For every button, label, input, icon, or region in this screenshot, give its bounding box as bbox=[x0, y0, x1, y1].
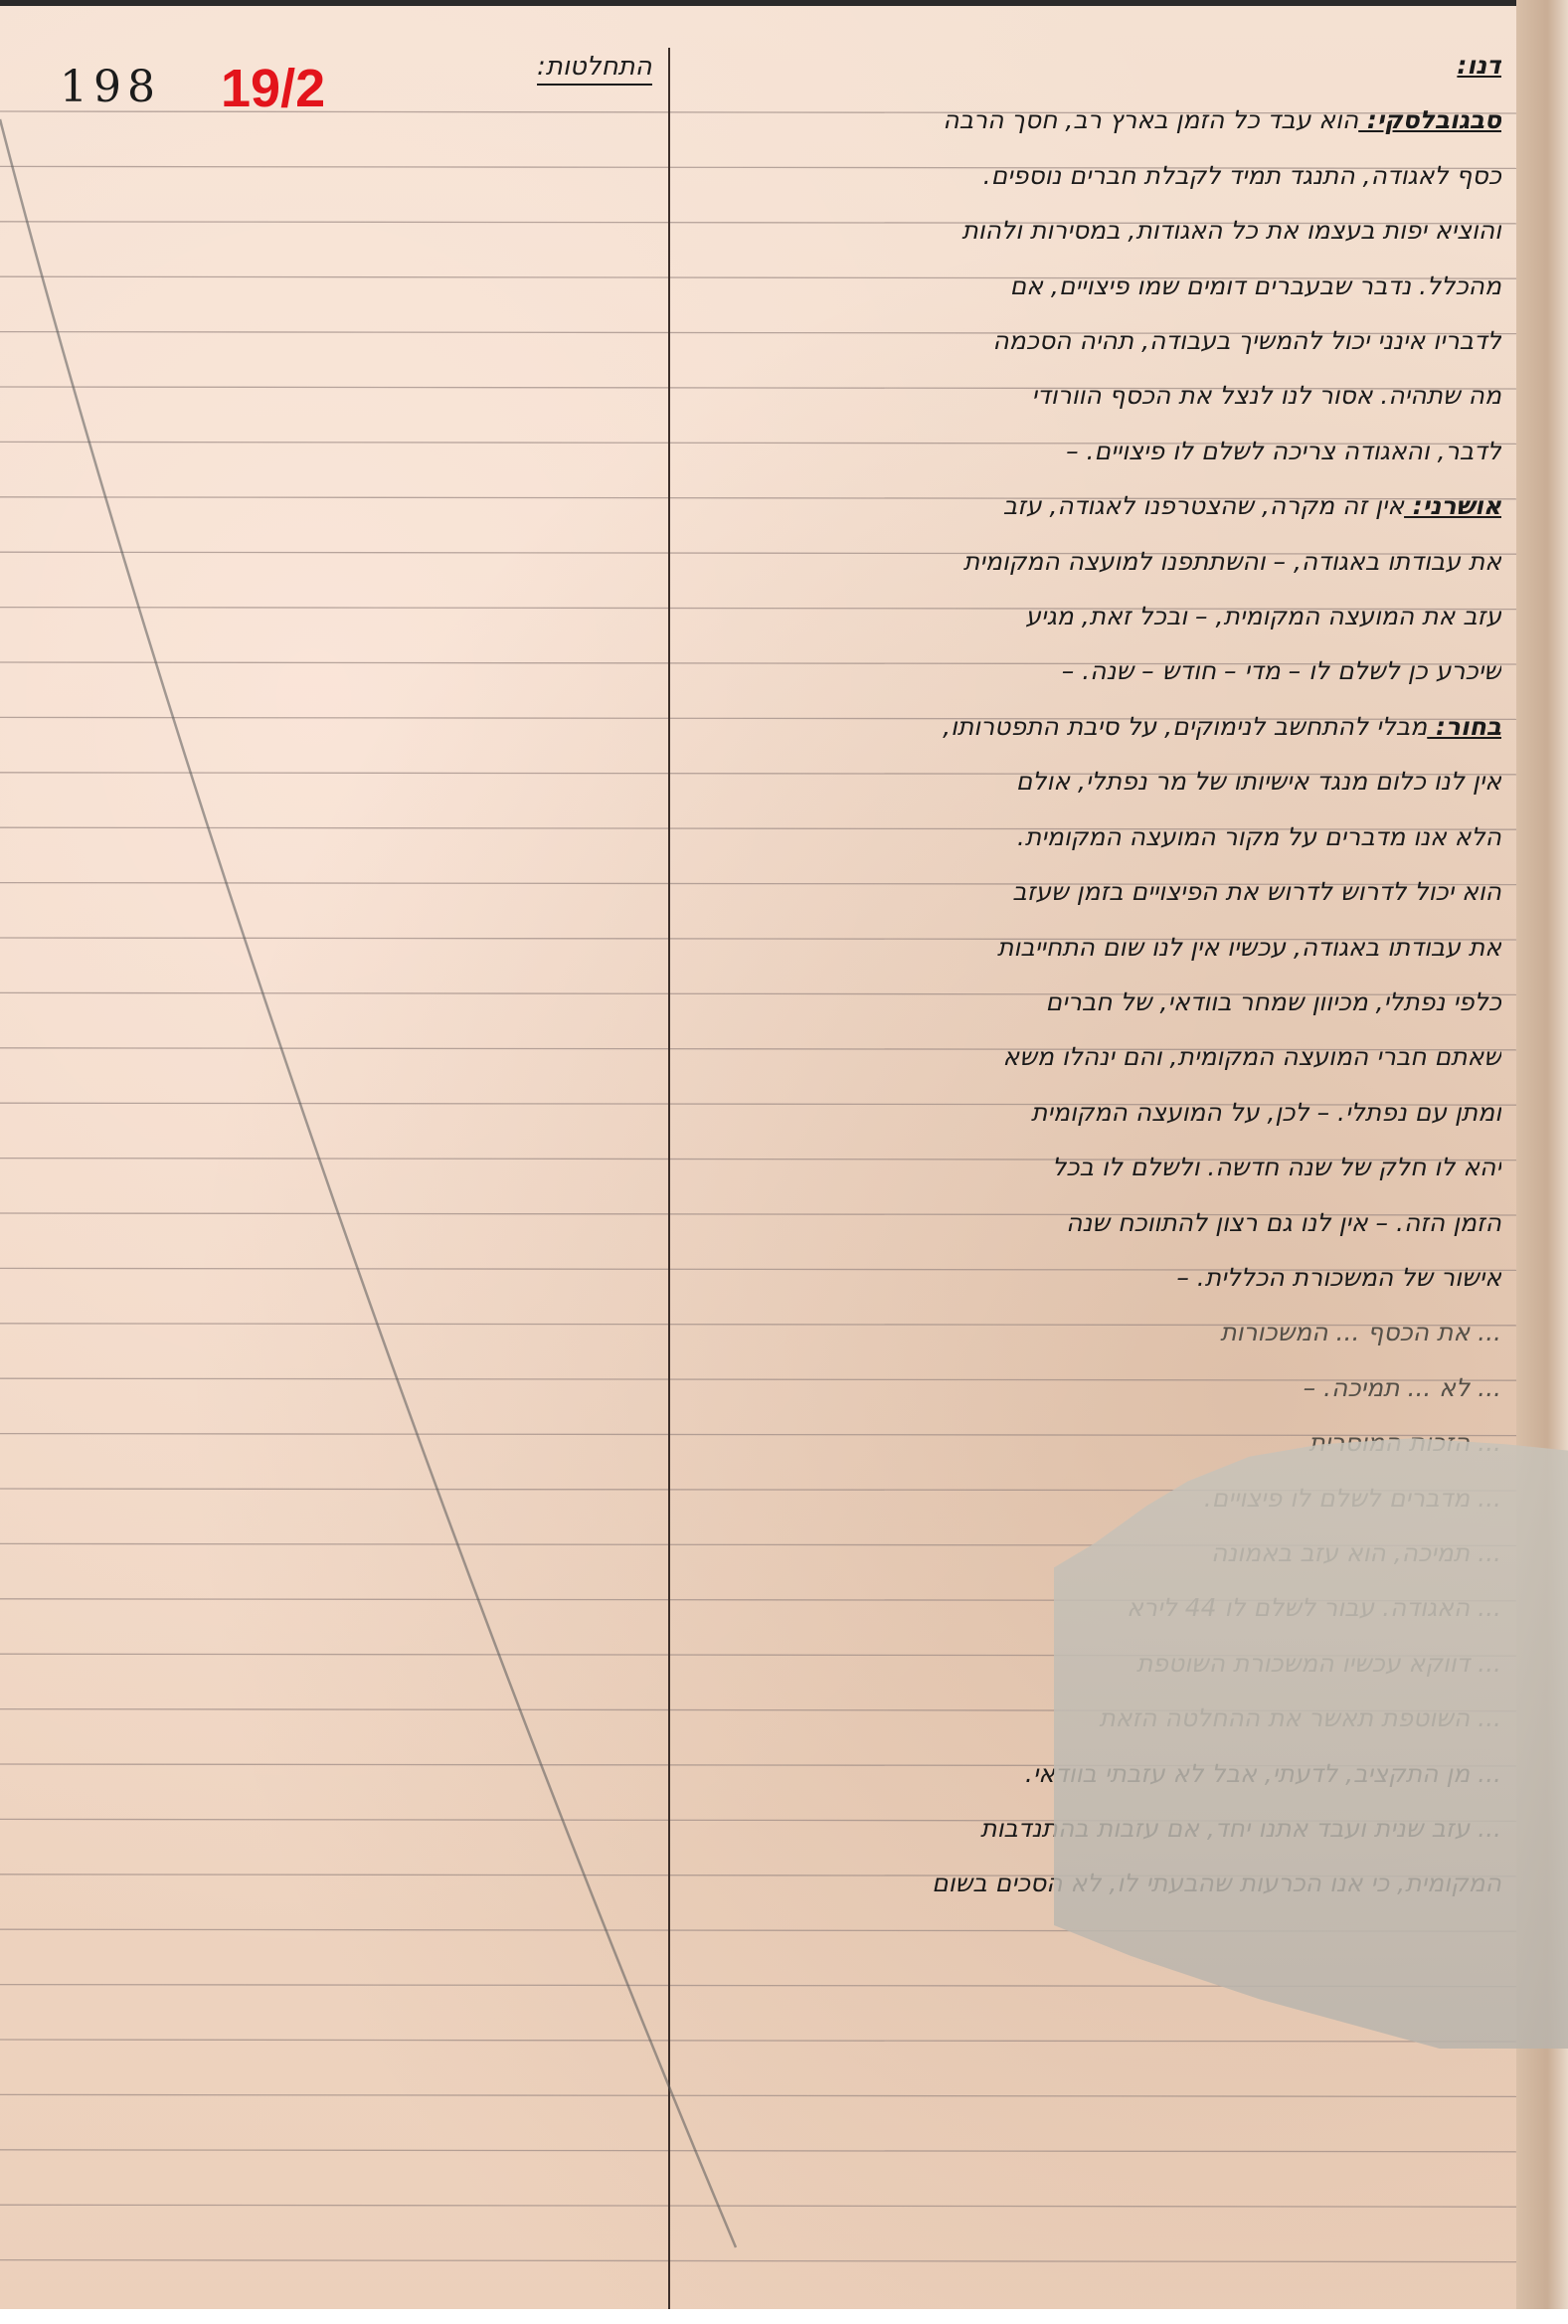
speaker-name: דנו: bbox=[1457, 51, 1501, 80]
speaker-name: אושרני: bbox=[1404, 491, 1501, 520]
minutes-line: יהא לו חלק של שנה חדשה. ולשלם לו בכל bbox=[696, 1140, 1501, 1194]
line-text: יהא לו חלק של שנה חדשה. ולשלם לו בכל bbox=[1052, 1153, 1501, 1181]
minutes-line: ... לא ... תמיכה. – bbox=[696, 1360, 1501, 1415]
minutes-line: לדבר, והאגודה צריכה לשלם לו פיצויים. – bbox=[696, 424, 1501, 478]
minutes-line: בחור: מבלי להתחשב לנימוקים, על סיבת התפט… bbox=[696, 699, 1501, 754]
minutes-line: מה שתהיה. אסור לנו לנצל את הכסף הוורודי bbox=[696, 368, 1501, 423]
minutes-line: אושרני: אין זה מקרה, שהצטרפנו לאגודה, עז… bbox=[696, 478, 1501, 533]
line-text: לדבר, והאגודה צריכה לשלם לו פיצויים. – bbox=[1066, 437, 1501, 465]
minutes-line: שיכרע כן לשלם לו – מדי – חודש – שנה. – bbox=[696, 643, 1501, 698]
line-text: הוא יכול לדרוש לדרוש את הפיצויים בזמן שע… bbox=[1012, 877, 1501, 906]
minutes-line: ... את הכסף ... המשכורות bbox=[696, 1305, 1501, 1359]
margin-heading-decisions: התחלטות: bbox=[537, 52, 652, 86]
line-text: כלפי נפתלי, מכיוון שמחר בוודאי, של חברים bbox=[1046, 987, 1501, 1016]
minutes-line: הזמן הזה. – אין לנו גם רצון להתווכח שנה bbox=[696, 1195, 1501, 1250]
minutes-line: את עבודתו באגודה, עכשיו אין לנו שום התחי… bbox=[696, 920, 1501, 975]
minutes-line: שאתם חברי המועצה המקומית, והם ינהלו משא bbox=[696, 1029, 1501, 1084]
line-text: ומתן עם נפתלי. – לכן, על המועצה המקומית bbox=[1031, 1098, 1501, 1127]
minutes-line: ומתן עם נפתלי. – לכן, על המועצה המקומית bbox=[696, 1085, 1501, 1140]
minutes-line: עזב את המועצה המקומית, – ובכל זאת, מגיע bbox=[696, 589, 1501, 643]
line-text: שיכרע כן לשלם לו – מדי – חודש – שנה. – bbox=[1062, 656, 1501, 685]
line-text: והוציא יפות בעצמו את כל האגודות, במסירות… bbox=[961, 216, 1501, 245]
scan-bottom-border bbox=[0, 2309, 1568, 2324]
minutes-line: את עבודתו באגודה, – והשתתפנו למועצה המקו… bbox=[696, 534, 1501, 589]
minutes-line: לדבריו אינני יכול להמשיך בעבודה, תהיה הס… bbox=[696, 313, 1501, 368]
speaker-name: סבגובלסקי: bbox=[1358, 105, 1501, 134]
scanned-page: 198 19/2 התחלטות: דנו: סבגובלסקי: הוא עב… bbox=[0, 0, 1568, 2324]
line-text: הוא עבד כל הזמן בארץ רב, חסך הרבה bbox=[943, 105, 1358, 134]
line-text: ... את הכסף ... המשכורות bbox=[1220, 1318, 1501, 1346]
bleed-through-text bbox=[20, 119, 656, 2213]
minutes-line: הוא יכול לדרוש לדרוש את הפיצויים בזמן שע… bbox=[696, 864, 1501, 919]
minutes-line: דנו: bbox=[696, 38, 1501, 92]
line-text: אין לנו כלום מנגד אישיותו של מר נפתלי, א… bbox=[1016, 767, 1501, 796]
line-text: אישור של המשכורת הכללית. – bbox=[1176, 1263, 1501, 1292]
line-text: את עבודתו באגודה, – והשתתפנו למועצה המקו… bbox=[963, 547, 1501, 576]
line-text: מהכלל. נדבר שבעברים דומים שמו פיצויים, א… bbox=[1010, 271, 1501, 300]
line-text: הלא אנו מדברים על מקור המועצה המקומית. bbox=[1017, 822, 1501, 851]
minutes-line: כסף לאגודה, התנגד תמיד לקבלת חברים נוספי… bbox=[696, 148, 1501, 203]
minutes-line: סבגובלסקי: הוא עבד כל הזמן בארץ רב, חסך … bbox=[696, 92, 1501, 147]
line-text: הזמן הזה. – אין לנו גם רצון להתווכח שנה bbox=[1066, 1208, 1501, 1237]
minutes-line: והוציא יפות בעצמו את כל האגודות, במסירות… bbox=[696, 203, 1501, 258]
line-text: אין זה מקרה, שהצטרפנו לאגודה, עזב bbox=[1003, 491, 1404, 520]
minutes-line: הלא אנו מדברים על מקור המועצה המקומית. bbox=[696, 809, 1501, 864]
minutes-line: אישור של המשכורת הכללית. – bbox=[696, 1250, 1501, 1305]
line-text: את עבודתו באגודה, עכשיו אין לנו שום התחי… bbox=[997, 933, 1501, 962]
line-text: שאתם חברי המועצה המקומית, והם ינהלו משא bbox=[1003, 1042, 1501, 1071]
speaker-name: בחור: bbox=[1427, 712, 1501, 741]
line-text: כסף לאגודה, התנגד תמיד לקבלת חברים נוספי… bbox=[983, 161, 1501, 190]
minutes-line: כלפי נפתלי, מכיוון שמחר בוודאי, של חברים bbox=[696, 975, 1501, 1029]
line-text: מה שתהיה. אסור לנו לנצל את הכסף הוורודי bbox=[1032, 381, 1501, 410]
minutes-line: אין לנו כלום מנגד אישיותו של מר נפתלי, א… bbox=[696, 754, 1501, 808]
line-text: מבלי להתחשב לנימוקים, על סיבת התפטרותו, bbox=[943, 712, 1427, 741]
line-text: ... לא ... תמיכה. – bbox=[1304, 1373, 1501, 1402]
date-stamp: 19/2 bbox=[221, 58, 325, 119]
line-text: עזב את המועצה המקומית, – ובכל זאת, מגיע bbox=[1025, 602, 1501, 630]
line-text: לדבריו אינני יכול להמשיך בעבודה, תהיה הס… bbox=[992, 326, 1501, 355]
adhesive-tape-repair bbox=[1054, 1432, 1568, 2049]
page-number: 198 bbox=[60, 62, 161, 112]
minutes-line: מהכלל. נדבר שבעברים דומים שמו פיצויים, א… bbox=[696, 259, 1501, 313]
